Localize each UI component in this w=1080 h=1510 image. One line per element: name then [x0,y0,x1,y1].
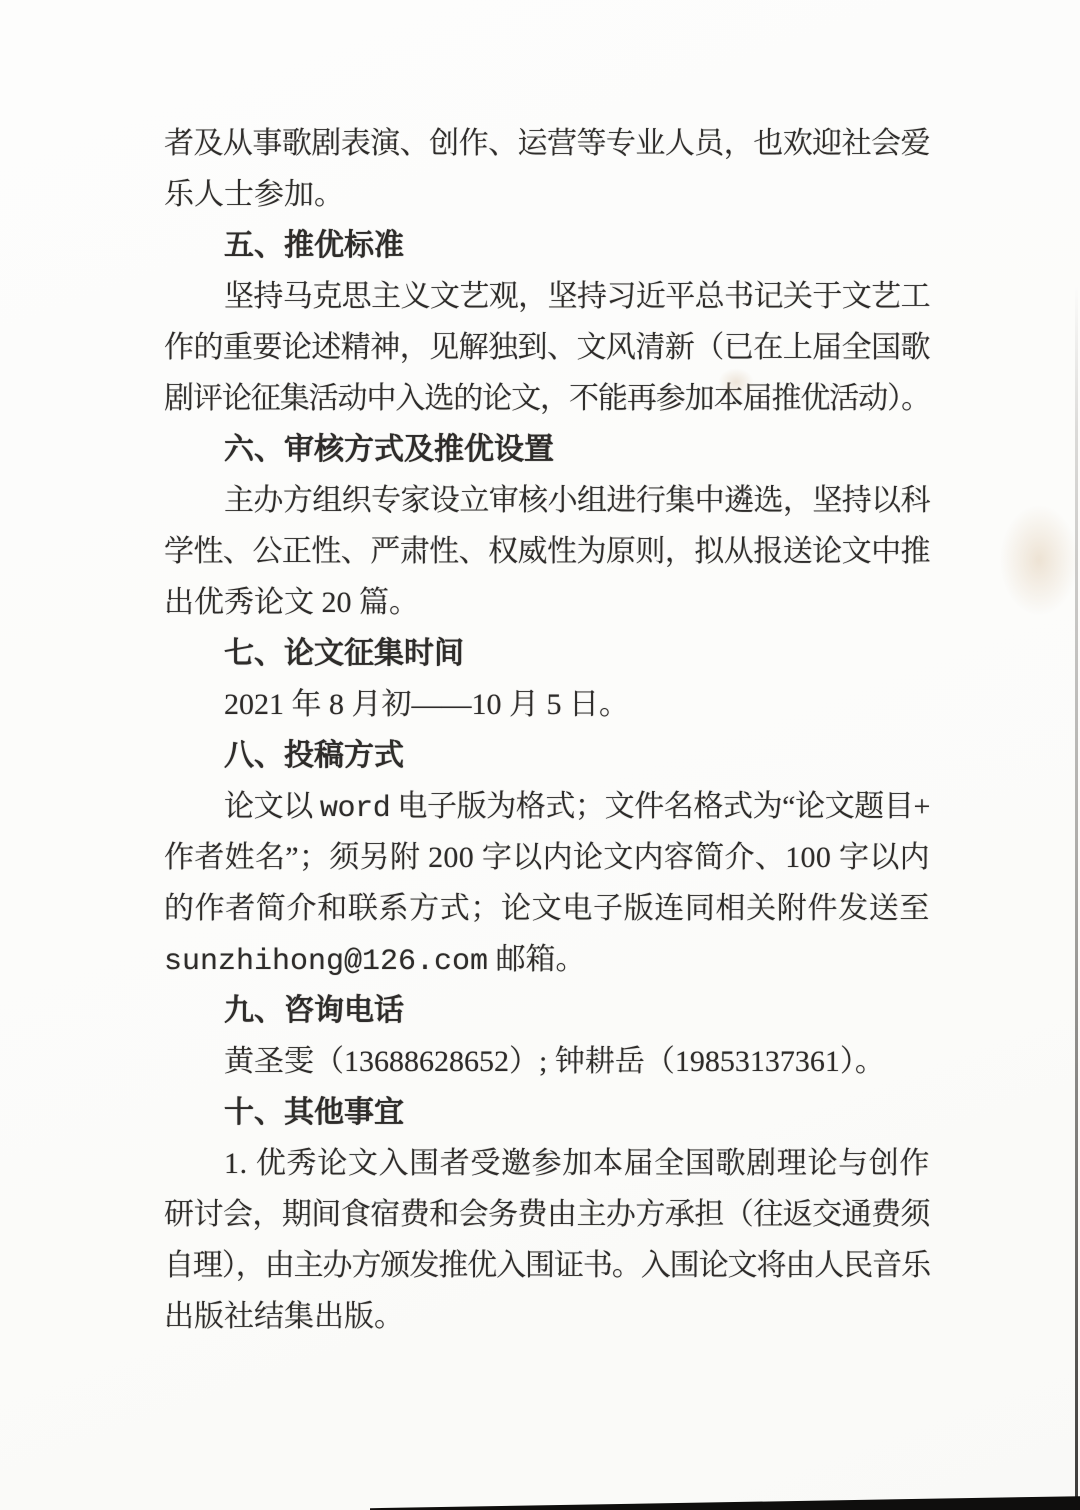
scan-bottom-bar [370,1495,1080,1510]
scan-stain [718,368,754,396]
line-text: 作者姓名”；须另附 200 字以内论文内容简介、100 字以内 [164,841,930,874]
section-heading: 九、咨询电话 [164,985,930,1036]
line-text: 作的重要论述精神，见解独到、文风清新（已在上届全国歌 [164,331,930,364]
section-heading: 十、其他事宜 [164,1087,930,1138]
section-heading: 五、推优标准 [164,220,930,271]
text-line: 主办方组织专家设立审核小组进行集中遴选，坚持以科 [164,475,930,526]
line-text: 自理），由主办方颁发推优入围证书。入围论文将由人民音乐 [164,1249,930,1282]
line-text: 六、审核方式及推优设置 [224,433,554,466]
line-text: 出优秀论文 20 篇。 [164,586,419,619]
line-text: 1. 优秀论文入围者受邀参加本届全国歌剧理论与创作 [224,1147,930,1180]
text-line: 研讨会，期间食宿费和会务费由主办方承担（往返交通费须 [164,1189,930,1240]
latin-text: word [320,792,390,826]
text-line: 自理），由主办方颁发推优入围证书。入围论文将由人民音乐 [164,1240,930,1291]
text-line: 论文以 word 电子版为格式；文件名格式为“论文题目+ [164,781,930,832]
line-text: 学性、公正性、严肃性、权威性为原则，拟从报送论文中推 [164,535,930,568]
line-text: 坚持马克思主义文艺观，坚持习近平总书记关于文艺工 [224,280,930,313]
text-line: 作者姓名”；须另附 200 字以内论文内容简介、100 字以内 [164,832,930,883]
text-line: 2021 年 8 月初——10 月 5 日。 [164,679,930,730]
line-text: sunzhihong@126.com 邮箱。 [164,943,586,976]
line-text: 八、投稿方式 [224,739,404,772]
scan-edge-line [1075,285,1078,1510]
text-line: 出优秀论文 20 篇。 [164,577,930,628]
section-heading: 七、论文征集时间 [164,628,930,679]
line-text: 主办方组织专家设立审核小组进行集中遴选，坚持以科 [224,484,930,517]
line-text: 十、其他事宜 [224,1096,404,1129]
line-text: 出版社结集出版。 [164,1300,404,1333]
line-text: 黄圣雯（13688628652）; 钟耕岳（19853137361）。 [224,1045,885,1078]
text-line: 学性、公正性、严肃性、权威性为原则，拟从报送论文中推 [164,526,930,577]
text-line: sunzhihong@126.com 邮箱。 [164,934,930,985]
text-line: 乐人士参加。 [164,169,930,220]
text-line: 坚持马克思主义文艺观，坚持习近平总书记关于文艺工 [164,271,930,322]
line-text: 的作者简介和联系方式；论文电子版连同相关附件发送至 [164,892,930,925]
text-line: 黄圣雯（13688628652）; 钟耕岳（19853137361）。 [164,1036,930,1087]
latin-text: sunzhihong@126.com [164,945,488,979]
section-heading: 六、审核方式及推优设置 [164,424,930,475]
line-text: 七、论文征集时间 [224,637,464,670]
line-text: 乐人士参加。 [164,178,344,211]
text-line: 1. 优秀论文入围者受邀参加本届全国歌剧理论与创作 [164,1138,930,1189]
line-text: 剧评论征集活动中入选的论文，不能再参加本届推优活动）。 [164,382,930,415]
document-text: 者及从事歌剧表演、创作、运营等专业人员，也欢迎社会爱乐人士参加。五、推优标准坚持… [164,118,930,1342]
text-line: 的作者简介和联系方式；论文电子版连同相关附件发送至 [164,883,930,934]
scan-page: 者及从事歌剧表演、创作、运营等专业人员，也欢迎社会爱乐人士参加。五、推优标准坚持… [0,0,1080,1510]
scan-stain [1000,505,1078,615]
line-text: 研讨会，期间食宿费和会务费由主办方承担（往返交通费须 [164,1198,930,1231]
section-heading: 八、投稿方式 [164,730,930,781]
text-line: 者及从事歌剧表演、创作、运营等专业人员，也欢迎社会爱 [164,118,930,169]
line-text: 论文以 word 电子版为格式；文件名格式为“论文题目+ [224,790,930,823]
text-line: 作的重要论述精神，见解独到、文风清新（已在上届全国歌 [164,322,930,373]
line-text: 2021 年 8 月初——10 月 5 日。 [224,688,629,721]
line-text: 九、咨询电话 [224,994,404,1027]
line-text: 者及从事歌剧表演、创作、运营等专业人员，也欢迎社会爱 [164,127,930,160]
line-text: 五、推优标准 [224,229,404,262]
text-line: 出版社结集出版。 [164,1291,930,1342]
text-line: 剧评论征集活动中入选的论文，不能再参加本届推优活动）。 [164,373,930,424]
